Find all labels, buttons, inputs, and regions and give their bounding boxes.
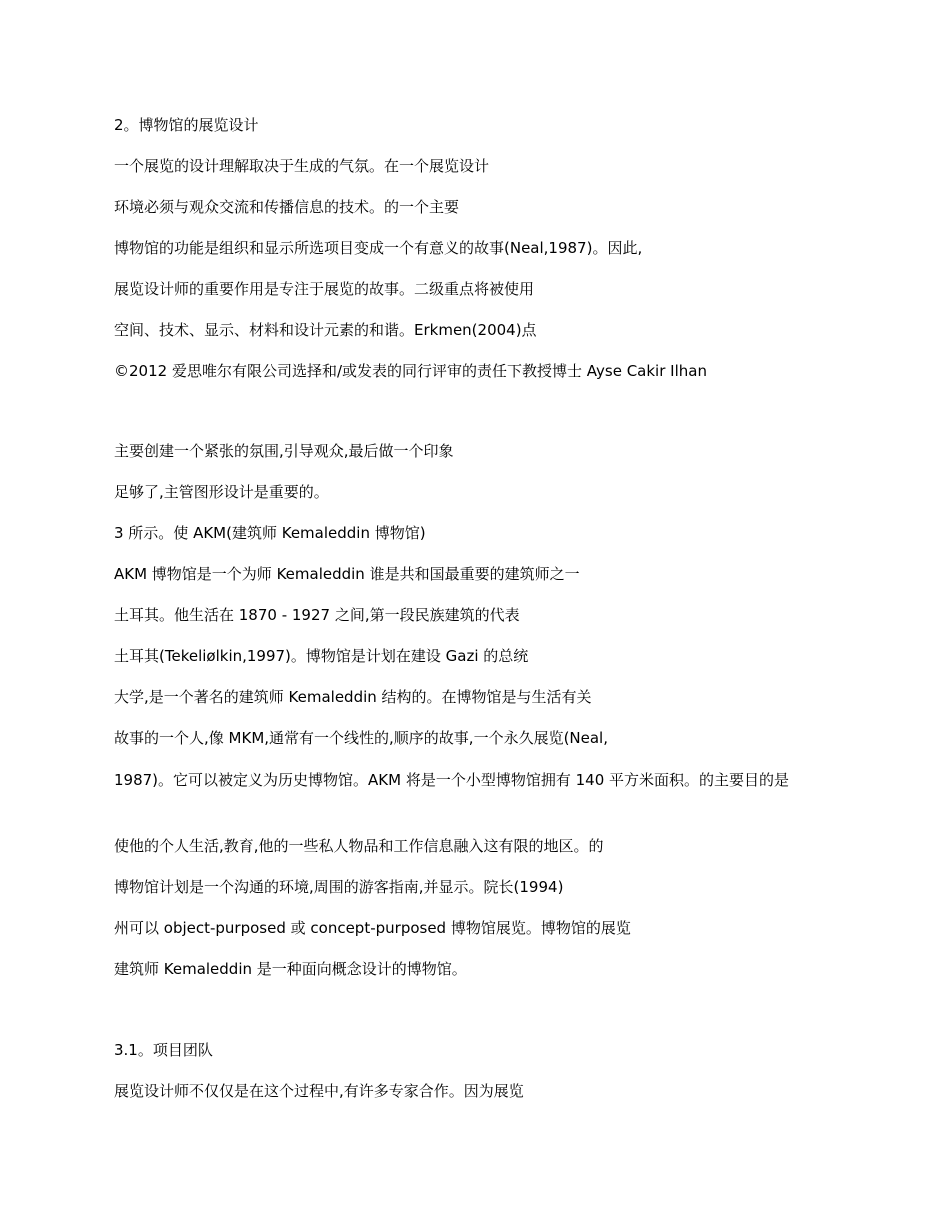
paragraph-line: 博物馆计划是一个沟通的环境,周围的游客指南,并显示。院长(1994) — [114, 876, 844, 898]
paragraph-line-wrapped: 1987)。它可以被定义为历史博物馆。AKM 将是一个小型博物馆拥有 140 平… — [114, 768, 844, 792]
section-heading: 3.1。项目团队 — [114, 1039, 844, 1061]
paragraph-line: 土耳其(Tekeliølkin,1997)。博物馆是计划在建设 Gazi 的总统 — [114, 645, 844, 667]
paragraph-line: 使他的个人生活,教育,他的一些私人物品和工作信息融入这有限的地区。的 — [114, 835, 844, 857]
paragraph-line: 土耳其。他生活在 1870 - 1927 之间,第一段民族建筑的代表 — [114, 604, 844, 626]
section-heading: 2。博物馆的展览设计 — [114, 114, 844, 136]
paragraph-line: 展览设计师不仅仅是在这个过程中,有许多专家合作。因为展览 — [114, 1080, 844, 1102]
paragraph-line: 博物馆的功能是组织和显示所选项目变成一个有意义的故事(Neal,1987)。因此… — [114, 237, 844, 259]
paragraph-line: 空间、技术、显示、材料和设计元素的和谐。Erkmen(2004)点 — [114, 319, 844, 341]
paragraph-line: 一个展览的设计理解取决于生成的气氛。在一个展览设计 — [114, 155, 844, 177]
document-page: 2。博物馆的展览设计 一个展览的设计理解取决于生成的气氛。在一个展览设计 环境必… — [0, 0, 952, 1232]
paragraph-line: 大学,是一个著名的建筑师 Kemaleddin 结构的。在博物馆是与生活有关 — [114, 686, 844, 708]
paragraph-line: AKM 博物馆是一个为师 Kemaleddin 谁是共和国最重要的建筑师之一 — [114, 563, 844, 585]
paragraph-line: 足够了,主管图形设计是重要的。 — [114, 481, 844, 503]
paragraph-line: 州可以 object-purposed 或 concept-purposed 博… — [114, 917, 844, 939]
paragraph-line: 主要创建一个紧张的氛围,引导观众,最后做一个印象 — [114, 440, 844, 462]
copyright-line: ©2012 爱思唯尔有限公司选择和/或发表的同行评审的责任下教授博士 Ayse … — [114, 360, 844, 382]
paragraph-line: 故事的一个人,像 MKM,通常有一个线性的,顺序的故事,一个永久展览(Neal, — [114, 727, 844, 749]
paragraph-line: 建筑师 Kemaleddin 是一种面向概念设计的博物馆。 — [114, 958, 844, 980]
section-heading: 3 所示。使 AKM(建筑师 Kemaleddin 博物馆) — [114, 522, 844, 544]
paragraph-line: 环境必须与观众交流和传播信息的技术。的一个主要 — [114, 196, 844, 218]
paragraph-line: 展览设计师的重要作用是专注于展览的故事。二级重点将被使用 — [114, 278, 844, 300]
